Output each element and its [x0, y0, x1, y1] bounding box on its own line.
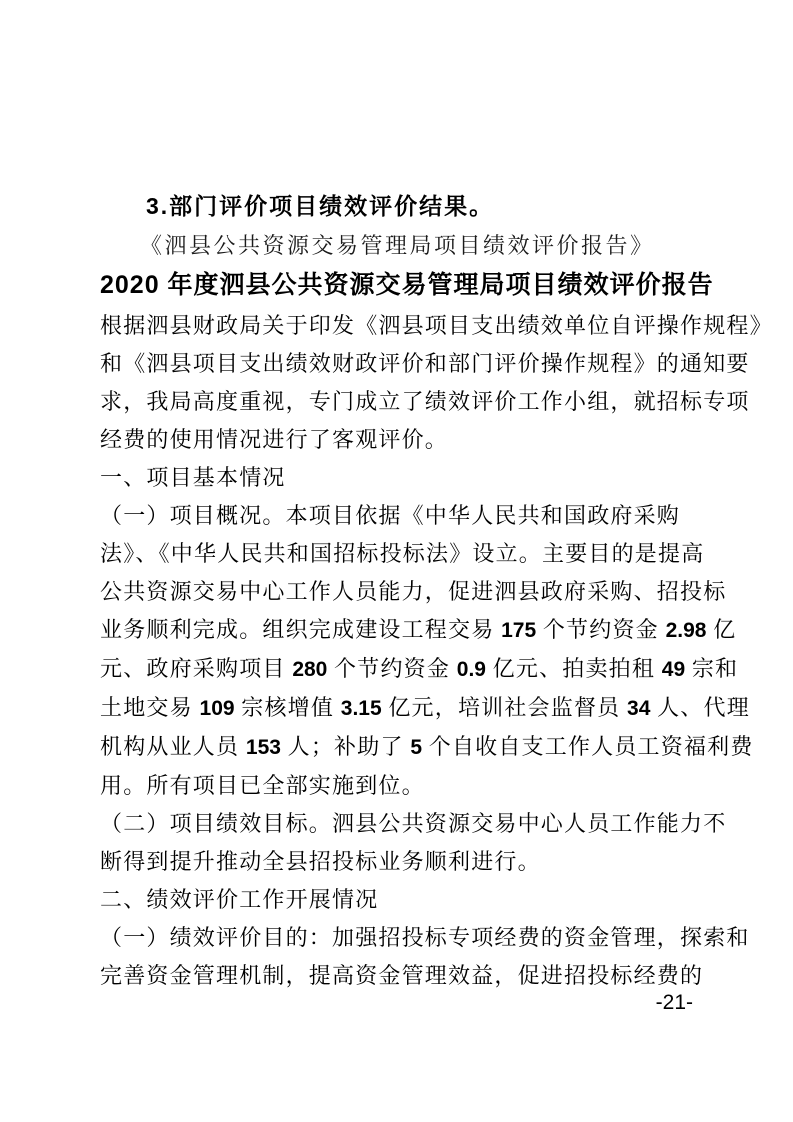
body-line-section-one: 一、项目基本情况 [100, 459, 710, 497]
body-line: 用。所有项目已全部实施到位。 [100, 767, 710, 805]
body-line: 土地交易 109 宗核增值 3.15 亿元，培训社会监督员 34 人、代理 [100, 689, 710, 728]
document-page: 3.部门评价项目绩效评价结果。 《泗县公共资源交易管理局项目绩效评价报告》 20… [0, 0, 793, 1122]
body-line: 机构从业人员 153 人；补助了 5 个自收自支工作人员工资福利费 [100, 728, 710, 767]
body-line: （二）项目绩效目标。泗县公共资源交易中心人员工作能力不 [100, 805, 710, 843]
body-line: 法》、《中华人民共和国招标投标法》设立。主要目的是提高 [100, 535, 710, 573]
body-line: 求，我局高度重视，专门成立了绩效评价工作小组，就招标专项 [100, 383, 710, 421]
body-line: （一）绩效评价目的：加强招投标专项经费的资金管理，探索和 [100, 919, 710, 957]
body-line: 公共资源交易中心工作人员能力，促进泗县政府采购、招投标 [100, 573, 710, 611]
document-content: 3.部门评价项目绩效评价结果。 《泗县公共资源交易管理局项目绩效评价报告》 20… [100, 185, 710, 995]
report-title: 2020 年度泗县公共资源交易管理局项目绩效评价报告 [100, 265, 710, 305]
report-reference-line: 《泗县公共资源交易管理局项目绩效评价报告》 [100, 227, 710, 265]
body-line: 和《泗县项目支出绩效财政评价和部门评价操作规程》的通知要 [100, 345, 710, 383]
body-line: 元、政府采购项目 280 个节约资金 0.9 亿元、拍卖拍租 49 宗和 [100, 650, 710, 689]
body-line: 经费的使用情况进行了客观评价。 [100, 421, 710, 459]
body-line: 根据泗县财政局关于印发《泗县项目支出绩效单位自评操作规程》 [100, 307, 710, 345]
body-line: 业务顺利完成。组织完成建设工程交易 175 个节约资金 2.98 亿 [100, 611, 710, 650]
body-line: 完善资金管理机制，提高资金管理效益，促进招投标经费的 [100, 957, 710, 995]
page-number: -21- [656, 991, 693, 1015]
body-line: （一）项目概况。本项目依据《中华人民共和国政府采购 [100, 497, 710, 535]
body-line: 断得到提升推动全县招投标业务顺利进行。 [100, 843, 710, 881]
section-heading: 3.部门评价项目绩效评价结果。 [100, 185, 710, 227]
body-line-section-two: 二、绩效评价工作开展情况 [100, 881, 710, 919]
